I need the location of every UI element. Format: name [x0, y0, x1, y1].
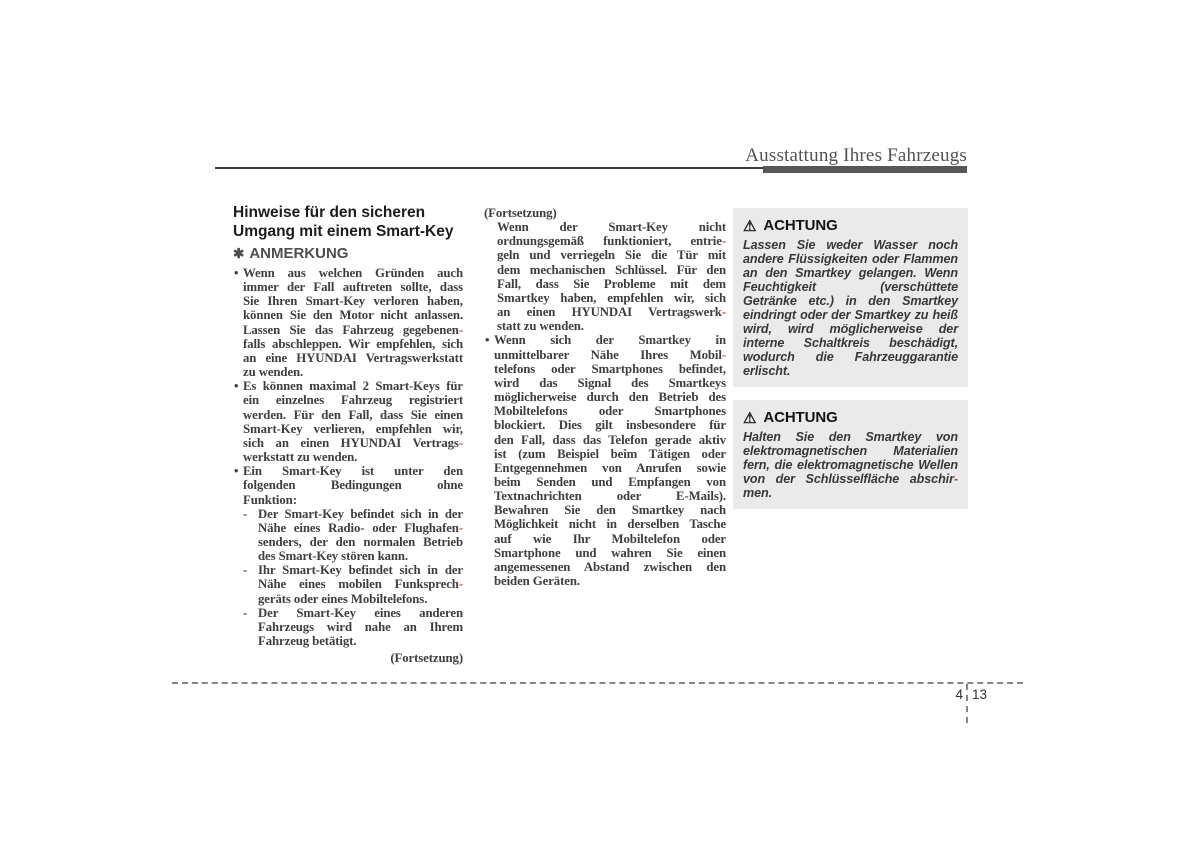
text-line: unmittelbarer Nähe Ihres Mobil-	[494, 348, 726, 362]
line-break-hyphen: -	[722, 348, 726, 362]
dash-icon: -	[243, 507, 258, 564]
note-header-label: ANMERKUNG	[249, 245, 348, 262]
text-line: Es können maximal 2 Smart-Keys für	[243, 379, 463, 393]
text-line: elektromagnetischen Materialien	[743, 444, 958, 458]
text-line: wodurch die Fahrzeuggarantie	[743, 350, 958, 364]
text-line: Fall, dass Sie Probleme mit dem	[497, 277, 726, 291]
text-line: statt zu wenden.	[497, 319, 726, 333]
text-line: blockiert. Dies gilt insbesondere für	[494, 418, 726, 432]
text-line: telefons oder Smartphones befindet,	[494, 362, 726, 376]
column-right: ⚠ACHTUNGLassen Sie weder Wasser nochande…	[733, 208, 968, 522]
text-line: eindringt oder der Smartkey zu heiß	[743, 308, 958, 322]
caution-title: ⚠ACHTUNG	[743, 216, 958, 236]
page-number: 13	[972, 687, 987, 702]
text-line: senders, der den normalen Betrieb	[258, 535, 463, 549]
text-line: folgenden Bedingungen ohne	[243, 478, 463, 492]
text-line: Wenn sich der Smartkey in	[494, 333, 726, 347]
section-heading: Hinweise für den sicherenUmgang mit eine…	[233, 203, 463, 241]
warning-triangle-icon: ⚠	[743, 219, 756, 234]
text-line: interne Schaltkreis beschädigt,	[743, 336, 958, 350]
caution-box: ⚠ACHTUNGLassen Sie weder Wasser nochande…	[733, 208, 968, 387]
bullet-item: •Es können maximal 2 Smart-Keys fürein e…	[233, 379, 463, 464]
asterisk-icon: ✱	[233, 246, 244, 261]
line-break-hyphen: -	[722, 234, 726, 248]
manual-page: Ausstattung Ihres Fahrzeugs Hinweise für…	[0, 0, 1200, 848]
text-line: Nähe eines mobilen Funksprech-	[258, 577, 463, 591]
text-line: werkstatt zu wenden.	[243, 450, 463, 464]
text-line: Mobiltelefons oder Smartphones	[494, 404, 726, 418]
caution-box: ⚠ACHTUNGHalten Sie den Smartkey vonelekt…	[733, 400, 968, 509]
text-line: können Sie den Motor nicht anlassen.	[243, 308, 463, 322]
bullet-icon: •	[485, 333, 494, 588]
text-line: Smartphone und wahren Sie einen	[494, 546, 726, 560]
line-break-hyphen: -	[954, 472, 958, 486]
text-line: men.	[743, 486, 958, 500]
text-line: Nähe eines Radio- oder Flughafen-	[258, 521, 463, 535]
text-line: Lassen Sie das Fahrzeug gegebenen-	[243, 323, 463, 337]
text-line: Hinweise für den sicheren	[233, 203, 463, 222]
text-line: Umgang mit einem Smart-Key	[233, 222, 463, 241]
text-line: Fahrzeugs wird nahe an Ihrem	[258, 620, 463, 634]
text-line: Der Smart-Key befindet sich in der	[258, 507, 463, 521]
text-line: auf wie Ihr Mobiltelefon oder	[494, 532, 726, 546]
text-line: dem mechanischen Schlüssel. Für den	[497, 263, 726, 277]
text-line: des Smart-Key stören kann.	[258, 549, 463, 563]
text-line: Bewahren Sie den Smartkey nach	[494, 503, 726, 517]
text-line: an eine HYUNDAI Vertragswerkstatt	[243, 351, 463, 365]
line-break-hyphen: -	[459, 521, 463, 535]
text-line: sich an einen HYUNDAI Vertrags-	[243, 436, 463, 450]
caution-title-label: ACHTUNG	[763, 408, 837, 428]
caution-title: ⚠ACHTUNG	[743, 408, 958, 428]
text-line: Möglichkeit nicht in derselben Tasche	[494, 517, 726, 531]
line-break-hyphen: -	[722, 305, 726, 319]
sub-item: -Der Smart-Key befindet sich in derNähe …	[233, 507, 463, 564]
text-line: wird das Signal des Smartkeys	[494, 376, 726, 390]
text-line: angemessenen Abstand zwischen den	[494, 560, 726, 574]
text-line: Smartkey haben, empfehlen wir, sich	[497, 291, 726, 305]
text-line: Lassen Sie weder Wasser noch	[743, 238, 958, 252]
text-line: beiden Geräten.	[494, 574, 726, 588]
text-line: fern, die elektromagnetische Wellen	[743, 458, 958, 472]
bullet-item: •Wenn sich der Smartkey inunmittelbarer …	[484, 333, 726, 588]
text-line: (Fortsetzung)	[484, 206, 726, 220]
text-line: Smart-Key verlieren, empfehlen wir,	[243, 422, 463, 436]
text-line: ordnungsgemäß funktioniert, entrie-	[497, 234, 726, 248]
line-break-hyphen: -	[459, 436, 463, 450]
chapter-number: 4	[955, 687, 963, 702]
column-left: Hinweise für den sicherenUmgang mit eine…	[233, 203, 463, 665]
text-line: Fahrzeug betätigt.	[258, 634, 463, 648]
bullet-icon: •	[234, 379, 243, 464]
bullet-icon: •	[234, 266, 243, 379]
text-line: Der Smart-Key eines anderen	[258, 606, 463, 620]
text-line: Ihr Smart-Key befindet sich in der	[258, 563, 463, 577]
text-line: wird, wird möglicherweise der	[743, 322, 958, 336]
text-line: Getränke etc.) in den Smartkey	[743, 294, 958, 308]
text-line: immer der Fall auftreten sollte, dass	[243, 280, 463, 294]
bullet-icon: •	[234, 464, 243, 506]
sub-item: -Ihr Smart-Key befindet sich in derNähe …	[233, 563, 463, 605]
text-line: ist (zum Beispiel beim Tätigen oder	[494, 447, 726, 461]
header-rule-bar	[763, 166, 967, 173]
text-line: Funktion:	[243, 493, 463, 507]
text-line: geräts oder eines Mobiltelefons.	[258, 592, 463, 606]
line-break-hyphen: -	[459, 577, 463, 591]
column-middle: (Fortsetzung)Wenn der Smart-Key nichtord…	[484, 206, 726, 588]
text-line: falls abschleppen. Wir empfehlen, sich	[243, 337, 463, 351]
text-line: geln und verriegeln Sie die Tür mit	[497, 248, 726, 262]
dash-icon: -	[243, 563, 258, 605]
line-break-hyphen: -	[459, 323, 463, 337]
continuation-label: (Fortsetzung)	[484, 206, 726, 220]
text-line: an einen HYUNDAI Vertragswerk-	[497, 305, 726, 319]
text-line: Sie Ihren Smart-Key verloren haben,	[243, 294, 463, 308]
page-header-title: Ausstattung Ihres Fahrzeugs	[745, 145, 967, 167]
footer-page-divider	[966, 684, 968, 723]
text-line: zu wenden.	[243, 365, 463, 379]
text-line: (Fortsetzung)	[233, 651, 463, 665]
text-line: Entgegennehmen von Anrufen sowie	[494, 461, 726, 475]
bullet-item: •Ein Smart-Key ist unter denfolgenden Be…	[233, 464, 463, 506]
text-line: Feuchtigkeit (verschüttete	[743, 280, 958, 294]
text-line: Halten Sie den Smartkey von	[743, 430, 958, 444]
text-line: andere Flüssigkeiten oder Flammen	[743, 252, 958, 266]
text-line: erlischt.	[743, 364, 958, 378]
continuation-label: (Fortsetzung)	[233, 651, 463, 665]
text-line: an den Smartkey gelangen. Wenn	[743, 266, 958, 280]
text-line: Wenn aus welchen Gründen auch	[243, 266, 463, 280]
warning-triangle-icon: ⚠	[743, 411, 756, 426]
indented-paragraph: Wenn der Smart-Key nichtordnungsgemäß fu…	[484, 220, 726, 333]
text-line: den Fall, dass das Telefon gerade aktiv	[494, 433, 726, 447]
text-line: möglicherweise durch den Betrieb des	[494, 390, 726, 404]
text-line: ein einzelnes Fahrzeug registriert	[243, 393, 463, 407]
text-line: werden. Für den Fall, dass Sie einen	[243, 408, 463, 422]
text-line: Wenn der Smart-Key nicht	[497, 220, 726, 234]
bullet-item: •Wenn aus welchen Gründen auchimmer der …	[233, 266, 463, 379]
note-header: ✱ANMERKUNG	[233, 244, 463, 264]
text-line: Textnachrichten oder E-Mails).	[494, 489, 726, 503]
footer-divider	[172, 682, 1023, 684]
sub-item: -Der Smart-Key eines anderenFahrzeugs wi…	[233, 606, 463, 648]
text-line: Ein Smart-Key ist unter den	[243, 464, 463, 478]
dash-icon: -	[243, 606, 258, 648]
text-line: von der Schlüsselfläche abschir-	[743, 472, 958, 486]
text-line: beim Senden und Empfangen von	[494, 475, 726, 489]
caution-title-label: ACHTUNG	[763, 216, 837, 236]
